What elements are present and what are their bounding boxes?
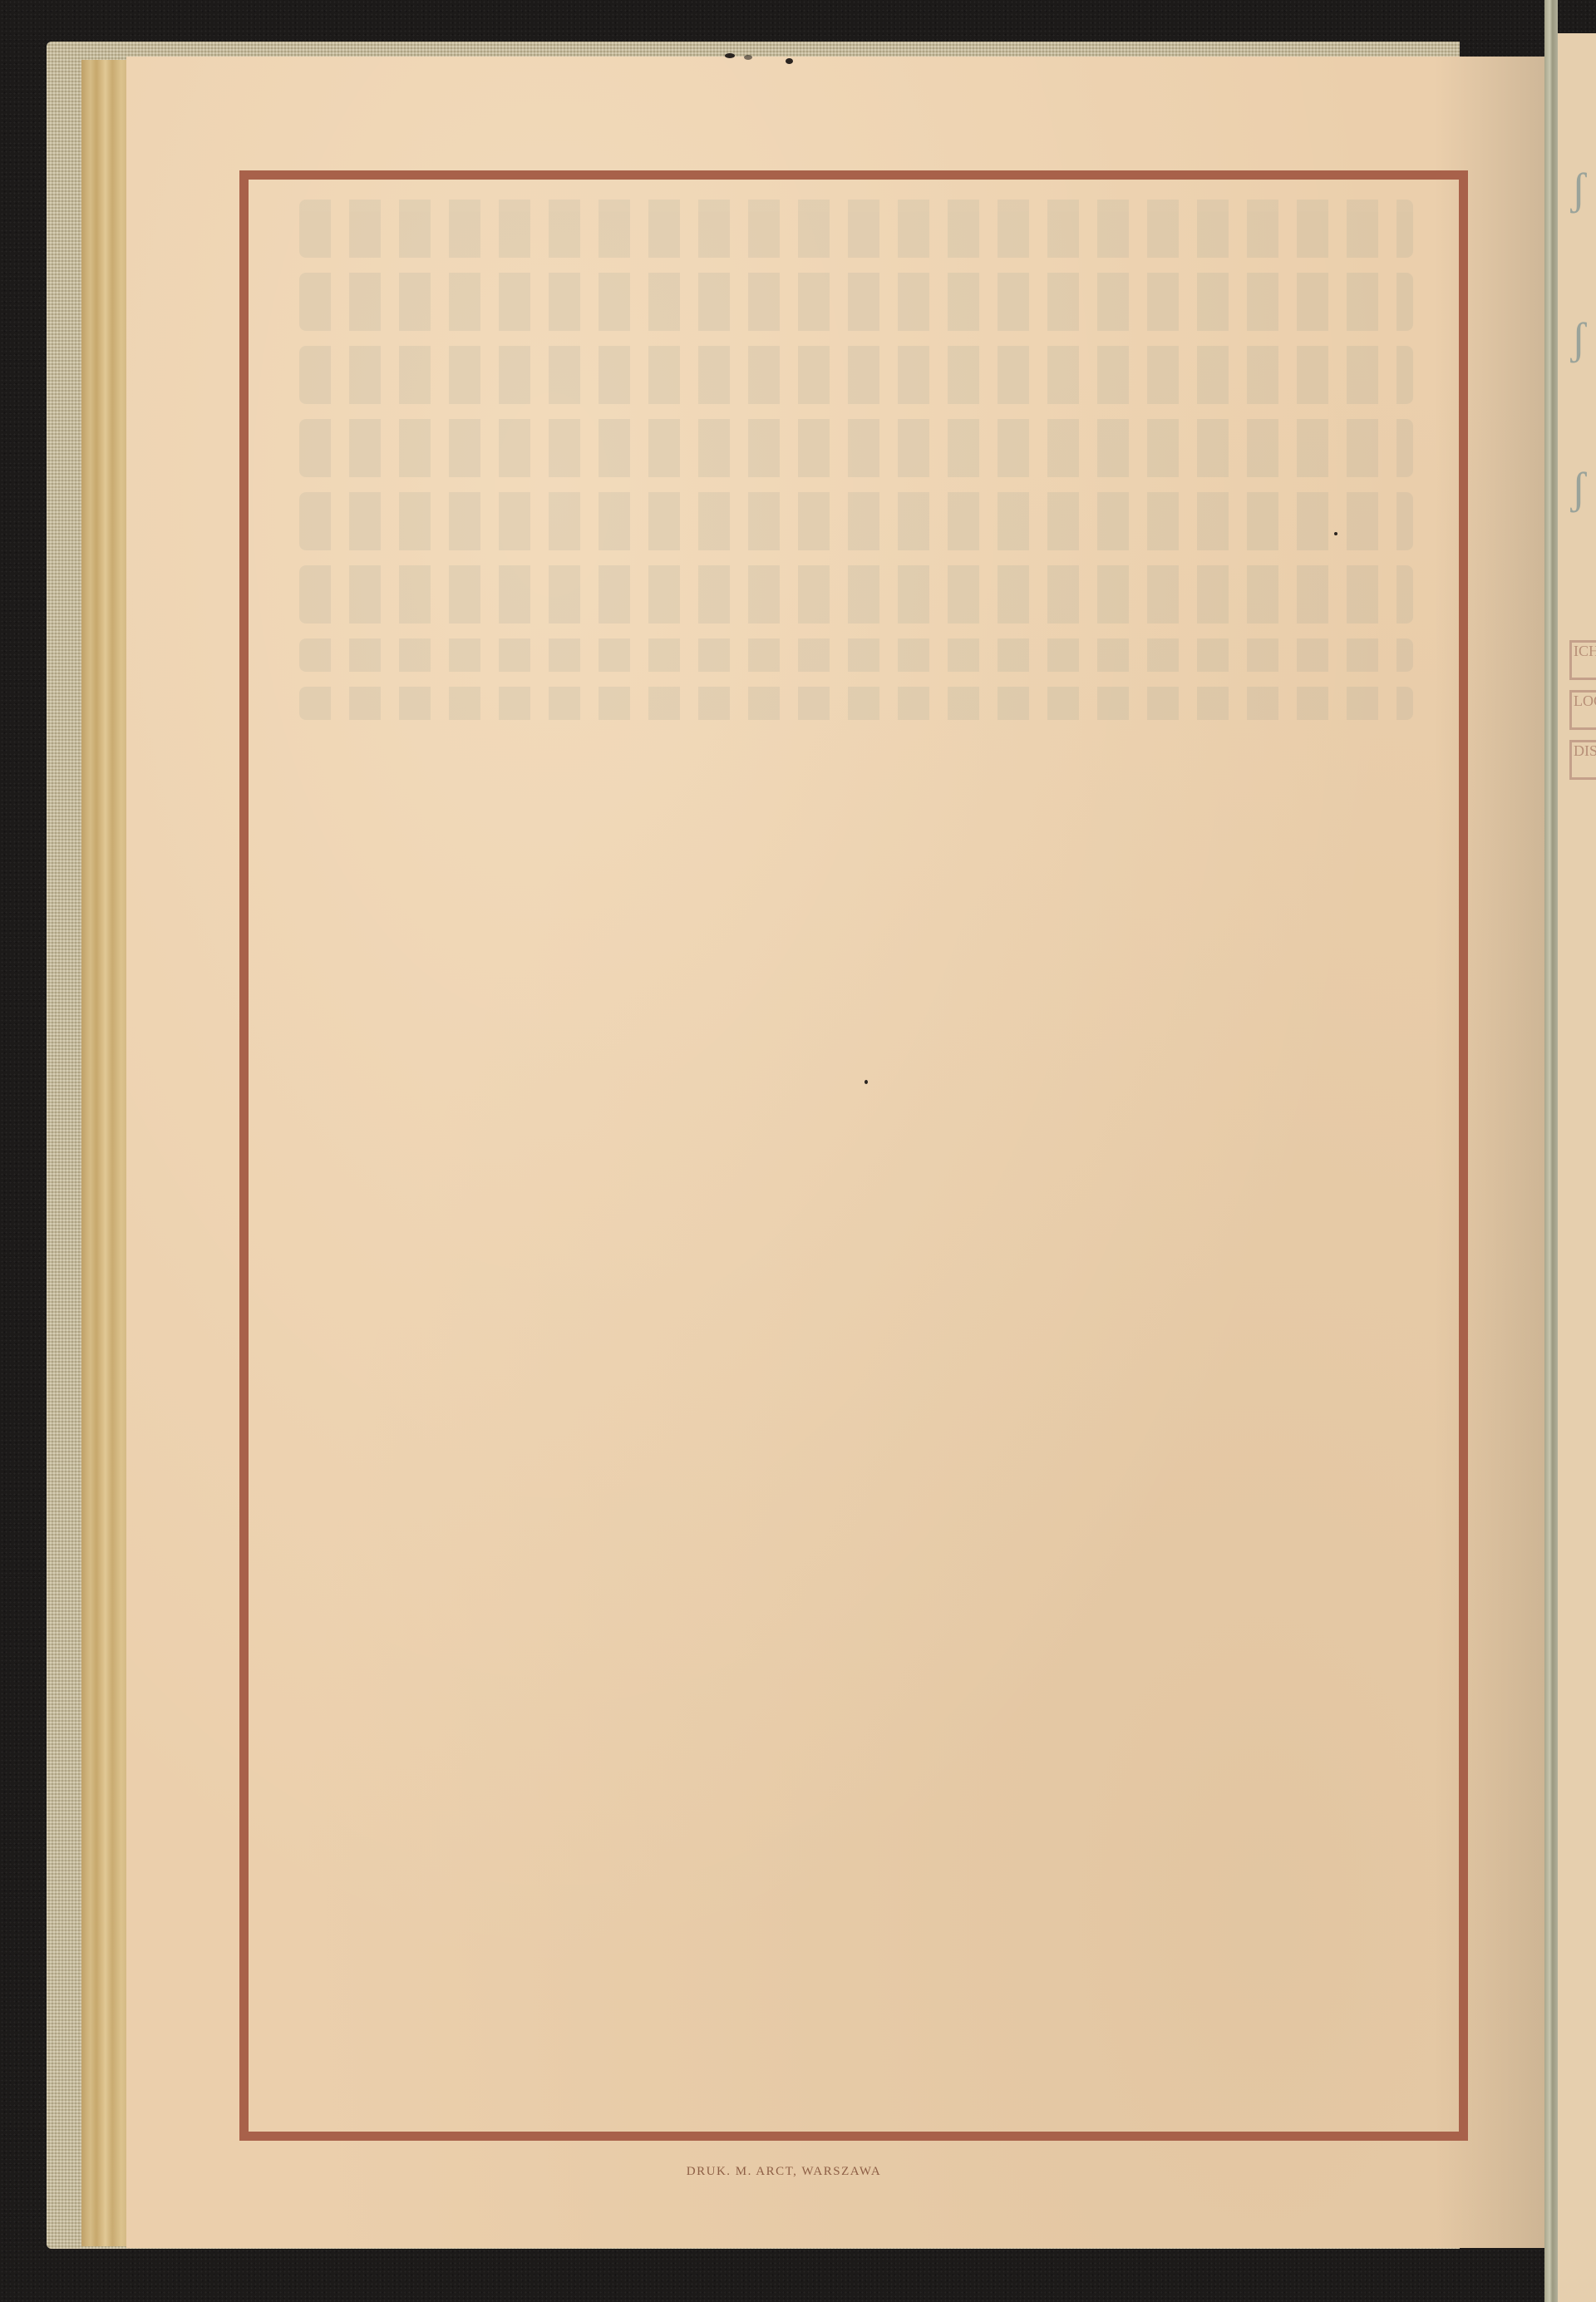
debris-speck [786, 58, 793, 64]
debris-speck [744, 55, 752, 60]
adjacent-page-edge [1558, 33, 1596, 2302]
adjacent-label: DIS PO [1569, 740, 1596, 780]
debris-speck [1334, 532, 1337, 535]
adjacent-label: ICH SZK [1569, 640, 1596, 680]
ornament-icon: ʃ [1571, 166, 1596, 211]
adjacent-label: LOC MIE [1569, 690, 1596, 730]
gilt-page-edges [81, 60, 131, 2246]
decorative-border-frame [239, 170, 1468, 2141]
printer-imprint: DRUK. M. ARCT, WARSZAWA [0, 2165, 1582, 2179]
debris-speck [864, 1080, 868, 1084]
page-gutter [1544, 0, 1558, 2302]
debris-speck [725, 53, 735, 58]
ornament-icon: ʃ [1571, 316, 1596, 361]
ornament-icon: ʃ [1571, 466, 1596, 510]
